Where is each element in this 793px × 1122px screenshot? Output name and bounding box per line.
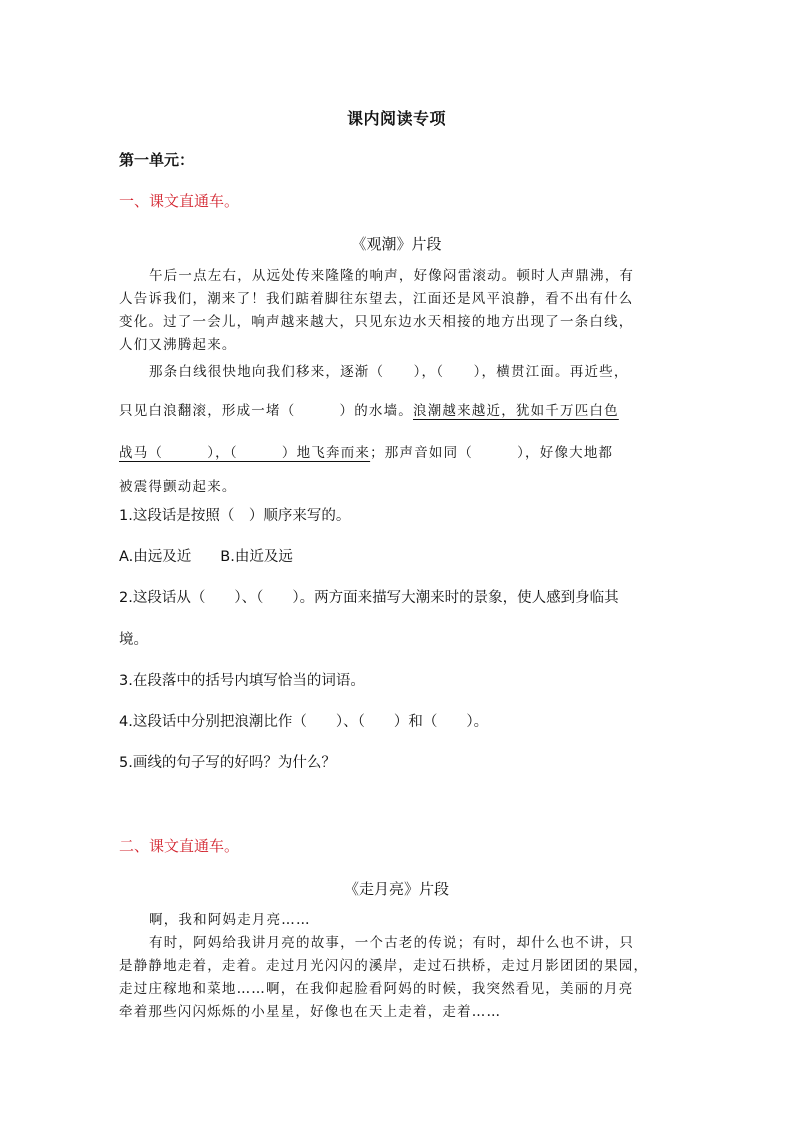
- question-1-options: A.由远及近 B.由近及远: [119, 545, 293, 566]
- passage-1-line: 午后一点左右，从远处传来隆隆的响声，好像闷雷滚动。顿时人声鼎沸，有: [149, 264, 634, 284]
- underlined-sentence: 浪潮越来越近，犹如千万匹白色: [413, 403, 619, 419]
- question-2-continued: 境。: [119, 628, 148, 649]
- worksheet-page: 课内阅读专项 第一单元： 一、课文直通车。 《观潮》片段 午后一点左右，从远处传…: [0, 0, 793, 1122]
- section-1-heading: 一、课文直通车。: [119, 190, 239, 211]
- passage-1-line: 人们又沸腾起来。: [119, 333, 237, 353]
- passage-1-fill-line: 被震得颤动起来。: [119, 475, 237, 495]
- passage-1-fill-line: 那条白线很快地向我们移来，逐渐（ ），（ ），横贯江面。再近些，: [149, 360, 629, 380]
- passage-1-fill-line: 只见白浪翻滚，形成一堵（ ）的水墙。浪潮越来越近，犹如千万匹白色: [119, 399, 619, 419]
- question-2: 2.这段话从（ ）、（ ）。两方面来描写大潮来时的景象，使人感到身临其: [119, 586, 619, 607]
- question-5: 5.画线的句子写的好吗？为什么？: [119, 751, 336, 772]
- passage-1-line: 变化。过了一会儿，响声越来越大，只见东边水天相接的地方出现了一条白线，: [119, 310, 634, 330]
- passage-2-line: 走过庄稼地和菜地……啊，在我仰起脸看阿妈的时候，我突然看见，美丽的月亮: [119, 977, 634, 997]
- plain-text: 只见白浪翻滚，形成一堵（ ）的水墙。: [119, 403, 413, 419]
- passage-2-line: 有时，阿妈给我讲月亮的故事，一个古老的传说；有时，却什么也不讲，只: [149, 931, 634, 951]
- plain-text: ；那声音如同（ ），好像大地都: [370, 445, 613, 461]
- passage-1-line: 人告诉我们，潮来了！我们踮着脚往东望去，江面还是风平浪静，看不出有什么: [119, 287, 634, 307]
- question-3: 3.在段落中的括号内填写恰当的词语。: [119, 669, 365, 690]
- passage-2-title: 《走月亮》片段: [0, 878, 793, 899]
- underlined-sentence: 战马（ ），（ ）地飞奔而来: [119, 445, 370, 461]
- passage-2-line: 是静静地走着，走着。走过月光闪闪的溪岸，走过石拱桥，走过月影团团的果园，: [119, 954, 648, 974]
- passage-1-title: 《观潮》片段: [0, 233, 793, 254]
- section-2-heading: 二、课文直通车。: [119, 835, 239, 856]
- unit-heading: 第一单元：: [119, 149, 194, 170]
- page-title: 课内阅读专项: [0, 106, 793, 129]
- passage-2-line: 牵着那些闪闪烁烁的小星星，好像也在天上走着，走着……: [119, 1000, 501, 1020]
- question-4: 4.这段话中分别把浪潮比作（ ）、（ ）和（ ）。: [119, 710, 488, 731]
- passage-2-line: 啊，我和阿妈走月亮……: [149, 908, 311, 928]
- question-1: 1.这段话是按照（ ）顺序来写的。: [119, 504, 350, 525]
- passage-1-fill-line: 战马（ ），（ ）地飞奔而来；那声音如同（ ），好像大地都: [119, 441, 613, 461]
